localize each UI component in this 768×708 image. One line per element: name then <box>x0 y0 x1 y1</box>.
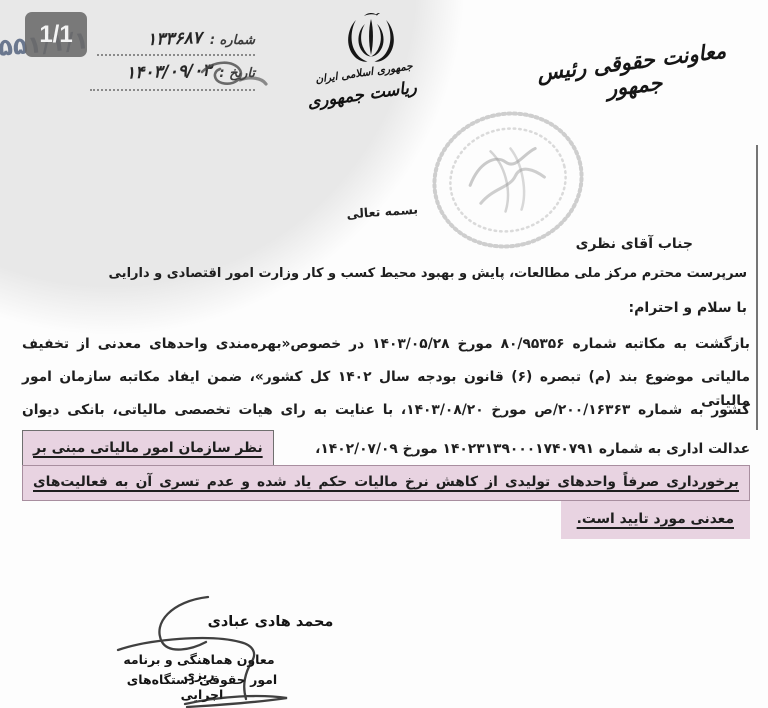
body-line-1: بازگشت به مکاتبه شماره ۸۰/۹۵۳۵۶ مورخ ۱۴۰… <box>22 332 750 356</box>
scanned-letter-page: ۵۵۱/۱/۱ 1/1 شماره : ۱۳۳۶۸۷ تاریخ : ۱۴۰۳/… <box>0 0 768 708</box>
handwriting-scribble-icon <box>188 52 278 97</box>
body-line-4-plain: عدالت اداری به شماره ۱۴۰۲۳۱۳۹۰۰۰۱۷۴۰۷۹۱ … <box>315 437 750 461</box>
body-line-6-highlight: معدنی مورد تایید است. <box>561 501 750 539</box>
iran-emblem-icon <box>342 10 400 66</box>
body-line-4: عدالت اداری به شماره ۱۴۰۲۳۱۳۹۰۰۰۱۷۴۰۷۹۱ … <box>22 430 750 467</box>
body-line-6: معدنی مورد تایید است. <box>22 501 750 539</box>
scan-edge-line <box>756 145 758 430</box>
body-line-5: برخورداری صرفاً واحدهای تولیدی از کاهش ن… <box>22 465 750 501</box>
reference-number-row: شماره : ۱۳۳۶۸۷ <box>95 29 255 49</box>
signature-scribble-icon <box>88 578 308 708</box>
body-line-3: کشور به شماره ۲۰۰/۱۶۳۶۳/ص مورخ ۱۴۰۳/۰۸/۲… <box>22 398 750 422</box>
body-line-5-highlight: برخورداری صرفاً واحدهای تولیدی از کاهش ن… <box>22 465 750 501</box>
letter-body: بازگشت به مکاتبه شماره ۸۰/۹۵۳۵۶ مورخ ۱۴۰… <box>22 330 750 560</box>
reference-number-value: ۱۳۳۶۸۷ <box>147 28 202 50</box>
body-line-4-highlight: نظر سازمان امور مالیاتی مبنی بر <box>22 430 274 467</box>
reference-number-label: شماره : <box>210 33 255 48</box>
salutation: با سلام و احترام: <box>629 300 747 316</box>
recipient-title: سرپرست محترم مرکز ملی مطالعات، پایش و به… <box>109 266 747 281</box>
page-indicator-badge: 1/1 <box>25 12 87 57</box>
official-stamp-icon <box>418 98 598 263</box>
